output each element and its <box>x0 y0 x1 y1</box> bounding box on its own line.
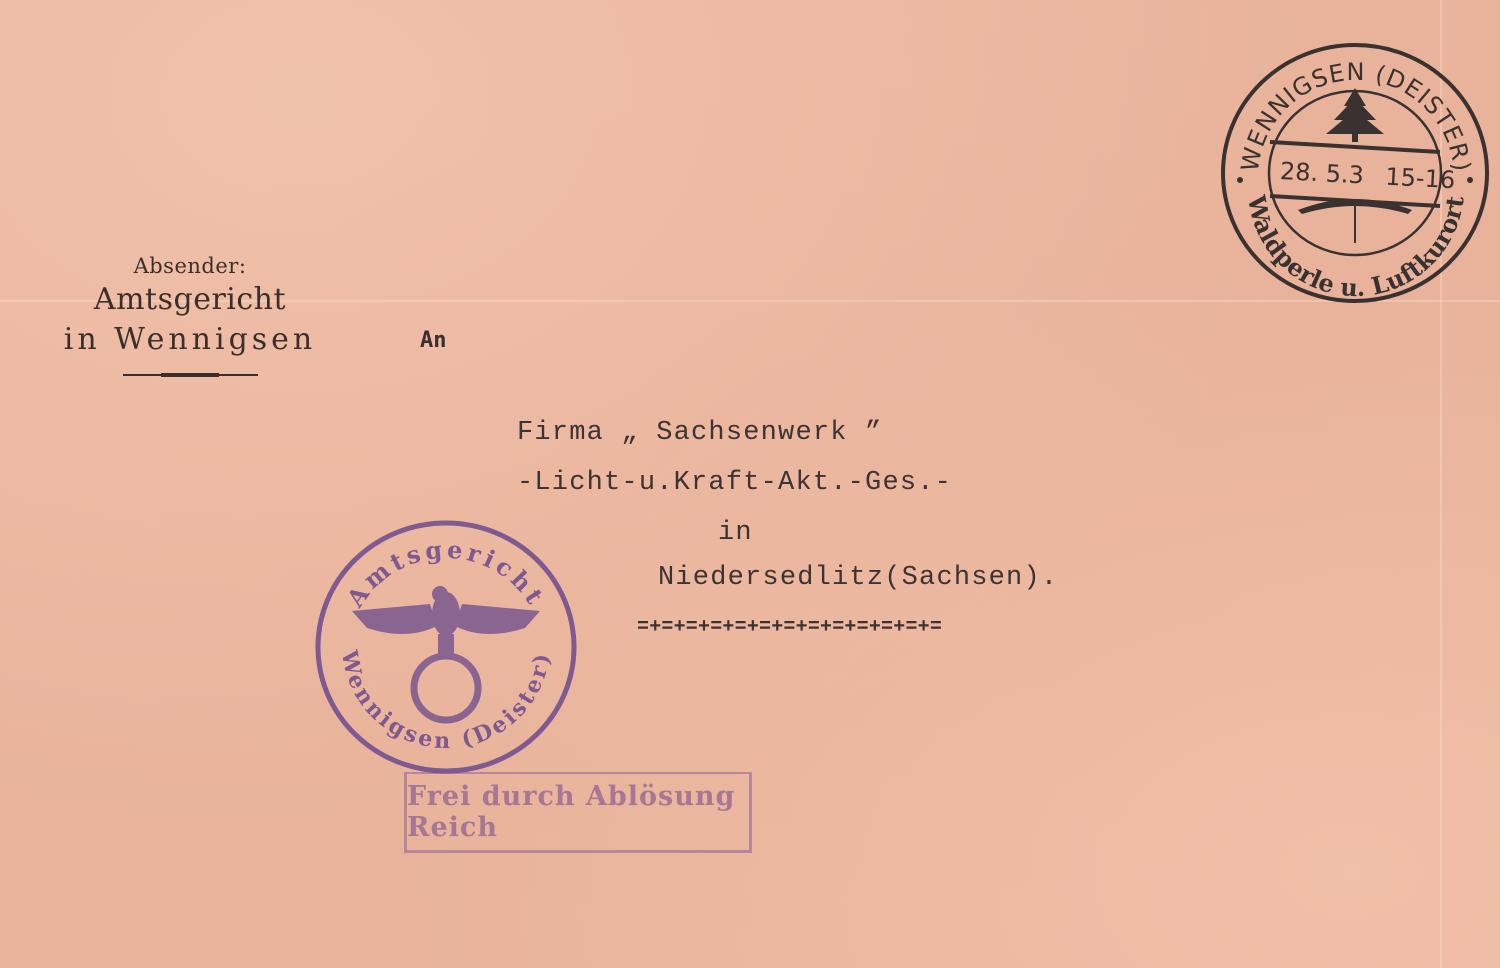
address-separator: =+=+=+=+=+=+=+=+=+=+=+=+= <box>637 616 942 639</box>
address-line-1: Firma „ Sachsenwerk ” <box>517 418 882 448</box>
postmark-time: 15-16 <box>1385 163 1456 195</box>
sender-city: in Wennigsen <box>40 320 340 360</box>
address-line-2: -Licht-u.Kraft-Akt.-Ges.- <box>517 468 952 498</box>
postmark-stamp: WENNIGSEN (DEISTER) Waldperle u. Luftkur… <box>1218 38 1493 308</box>
svg-text:28. 5.3 15-16: 28. 5.3 15-16 <box>1279 157 1456 194</box>
sender-name: Amtsgericht <box>40 280 340 320</box>
sender-block: Absender: Amtsgericht in Wennigsen <box>40 252 340 376</box>
sender-divider <box>123 374 258 376</box>
svg-text:Wennigsen (Deister): Wennigsen (Deister) <box>335 647 555 754</box>
franking-cachet: Frei durch Ablösung Reich <box>404 772 752 853</box>
address-line-3: in <box>718 518 753 548</box>
recipient-prefix: An <box>420 328 447 353</box>
official-seal: Amtsgericht Wennigsen (Deister) <box>312 516 580 778</box>
sender-label: Absender: <box>40 252 340 280</box>
address-line-4: Niedersedlitz(Sachsen). <box>658 563 1058 593</box>
postmark-date: 28. 5.3 <box>1279 157 1364 189</box>
